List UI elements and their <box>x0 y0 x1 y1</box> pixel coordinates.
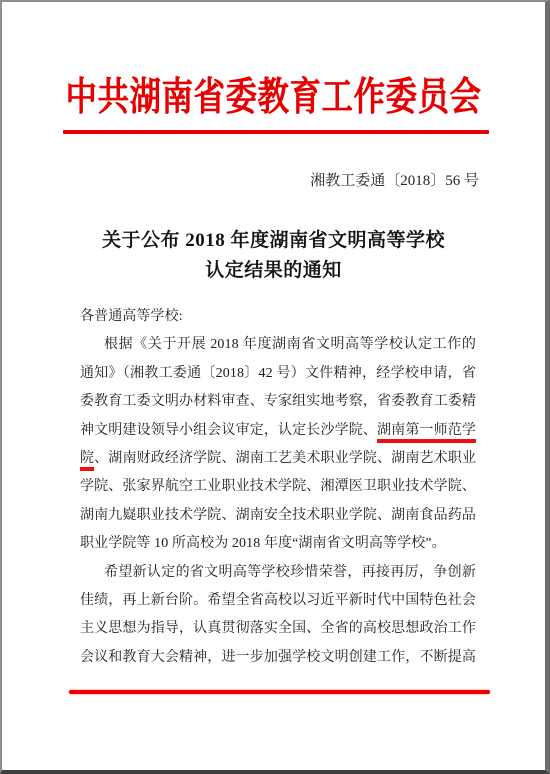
body-segment: 职业学院等 10 所高校为 2018 年度“湖南省文明高等学校”。 <box>80 536 446 551</box>
body-segment: 神文明建设领导小组会议审定，认定长沙学院、 <box>80 423 377 438</box>
doc-title-line1: 关于公布 2018 年度湖南省文明高等学校 <box>2 226 545 256</box>
body-text: 各普通高等学校:根据《关于开展 2018 年度湖南省文明高等学校认定工作的通知》… <box>80 303 476 672</box>
body-segment: 学院、张家界航空工业职业技术学院、湘潭医卫职业技术学院、 <box>80 479 476 494</box>
body-segment: 、湖南财政经济学院、湖南工艺美术职业学院、湖南艺术职业 <box>94 451 476 466</box>
body-segment: 根据《关于开展 2018 年度湖南省文明高等学校认定工作的 <box>104 337 476 352</box>
body-segment: 各普通高等学校: <box>80 309 183 324</box>
body-line: 委教育工委文明办材料审查、专家组实地考察，省委教育工委精 <box>80 388 476 416</box>
org-title: 中共湖南省委教育工作委员会 <box>56 76 490 120</box>
body-segment: 湖南九嶷职业技术学院、湖南安全技术职业学院、湖南食品药品 <box>80 508 476 523</box>
body-line: 希望新认定的省文明高等学校珍惜荣誉，再接再厉，争创新 <box>80 559 476 587</box>
document-page: 中共湖南省委教育工作委员会 湘教工委通〔2018〕56 号 关于公布 2018 … <box>0 0 550 774</box>
body-line: 根据《关于开展 2018 年度湖南省文明高等学校认定工作的 <box>80 331 476 359</box>
body-segment: 委教育工委文明办材料审查、专家组实地考察，省委教育工委精 <box>80 394 476 409</box>
body-line: 职业学院等 10 所高校为 2018 年度“湖南省文明高等学校”。 <box>80 530 476 558</box>
body-line: 院、湖南财政经济学院、湖南工艺美术职业学院、湖南艺术职业 <box>80 445 476 473</box>
doc-number: 湘教工委通〔2018〕56 号 <box>310 169 479 190</box>
body-segment: 佳绩，再上新台阶。希望全省高校以习近平新时代中国特色社会 <box>80 593 476 608</box>
red-underline-annotation: 湖南第一师范学 <box>377 423 476 443</box>
body-segment: 会议和教育大会精神，进一步加强学校文明创建工作，不断提高 <box>80 650 476 665</box>
body-line: 会议和教育大会精神，进一步加强学校文明创建工作，不断提高 <box>80 644 476 672</box>
red-underline-annotation: 院 <box>80 451 94 471</box>
bottom-red-annotation-line <box>69 690 490 694</box>
body-line: 学院、张家界航空工业职业技术学院、湘潭医卫职业技术学院、 <box>80 473 476 501</box>
body-segment: 主义思想为指导，认真贯彻落实全国、全省的高校思想政治工作 <box>80 621 476 636</box>
doc-title: 关于公布 2018 年度湖南省文明高等学校 认定结果的通知 <box>2 226 545 286</box>
body-line: 各普通高等学校: <box>80 303 476 331</box>
body-line: 通知》（湘教工委通〔2018〕42 号）文件精神，经学校申请，省 <box>80 360 476 388</box>
body-line: 佳绩，再上新台阶。希望全省高校以习近平新时代中国特色社会 <box>80 587 476 615</box>
body-segment: 通知》（湘教工委通〔2018〕42 号）文件精神，经学校申请，省 <box>80 366 476 381</box>
body-segment: 希望新认定的省文明高等学校珍惜荣誉，再接再厉，争创新 <box>104 565 476 580</box>
body-line: 主义思想为指导，认真贯彻落实全国、全省的高校思想政治工作 <box>80 615 476 643</box>
body-line: 湖南九嶷职业技术学院、湖南安全技术职业学院、湖南食品药品 <box>80 502 476 530</box>
doc-title-line2: 认定结果的通知 <box>2 256 545 286</box>
body-line: 神文明建设领导小组会议审定，认定长沙学院、湖南第一师范学 <box>80 417 476 445</box>
header-divider-rule <box>63 130 489 134</box>
